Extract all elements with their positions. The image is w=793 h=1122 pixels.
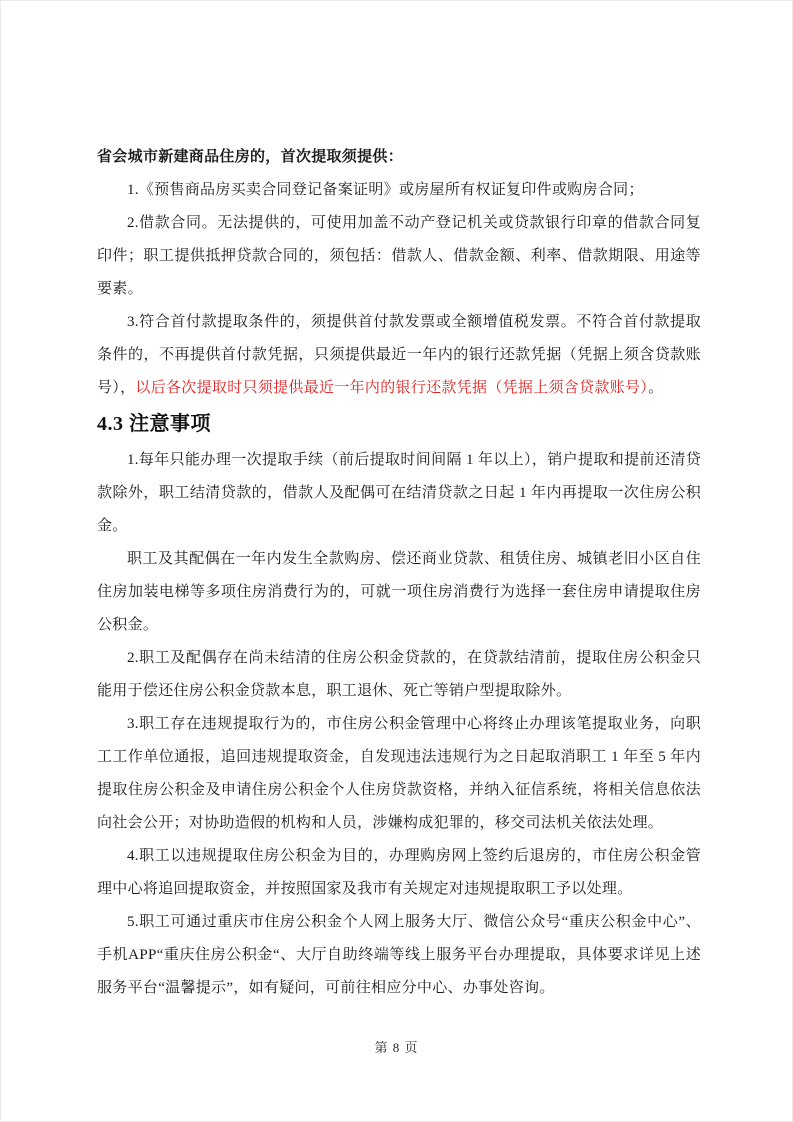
requirement-item-2: 2.借款合同。无法提供的，可使用加盖不动产登记机关或贷款银行印章的借款合同复印件… — [97, 207, 701, 306]
intro-heading: 省会城市新建商品住房的，首次提取须提供： — [97, 141, 701, 174]
note-paragraph-1b: 职工及其配偶在一年内发生全款购房、偿还商业贷款、租赁住房、城镇老旧小区自住住房加… — [97, 543, 701, 642]
item3-red-highlight-text: 以后各次提取时只须提供最近一年内的银行还款凭据（凭据上须含贷款账号） — [135, 380, 648, 396]
note-paragraph-2: 2.职工及配偶存在尚未结清的住房公积金贷款的，在贷款结清前，提取住房公积金只能用… — [97, 642, 701, 708]
note-paragraph-3: 3.职工存在违规提取行为的，市住房公积金管理中心将终止办理该笔提取业务，向职工工… — [97, 708, 701, 840]
note-paragraph-4: 4.职工以违规提取住房公积金为目的，办理购房网上签约后退房的，市住房公积金管理中… — [97, 840, 701, 906]
page-number: 第 8 页 — [1, 1037, 792, 1056]
note-paragraph-5: 5.职工可通过重庆市住房公积金个人网上服务大厅、微信公众号“重庆公积金中心”、手… — [97, 906, 701, 1005]
item3-closing-period: 。 — [648, 380, 663, 396]
requirement-item-3: 3.符合首付款提取条件的，须提供首付款发票或全额增值税发票。不符合首付款提取条件… — [97, 306, 701, 405]
requirement-item-1: 1.《预售商品房买卖合同登记备案证明》或房屋所有权证复印件或购房合同； — [97, 174, 701, 207]
page-content: 省会城市新建商品住房的，首次提取须提供： 1.《预售商品房买卖合同登记备案证明》… — [97, 141, 701, 1005]
note-paragraph-1: 1.每年只能办理一次提取手续（前后提取时间间隔 1 年以上），销户提取和提前还清… — [97, 444, 701, 543]
document-page: 省会城市新建商品住房的，首次提取须提供： 1.《预售商品房买卖合同登记备案证明》… — [0, 0, 793, 1122]
section-heading-4-3: 4.3 注意事项 — [97, 410, 701, 438]
